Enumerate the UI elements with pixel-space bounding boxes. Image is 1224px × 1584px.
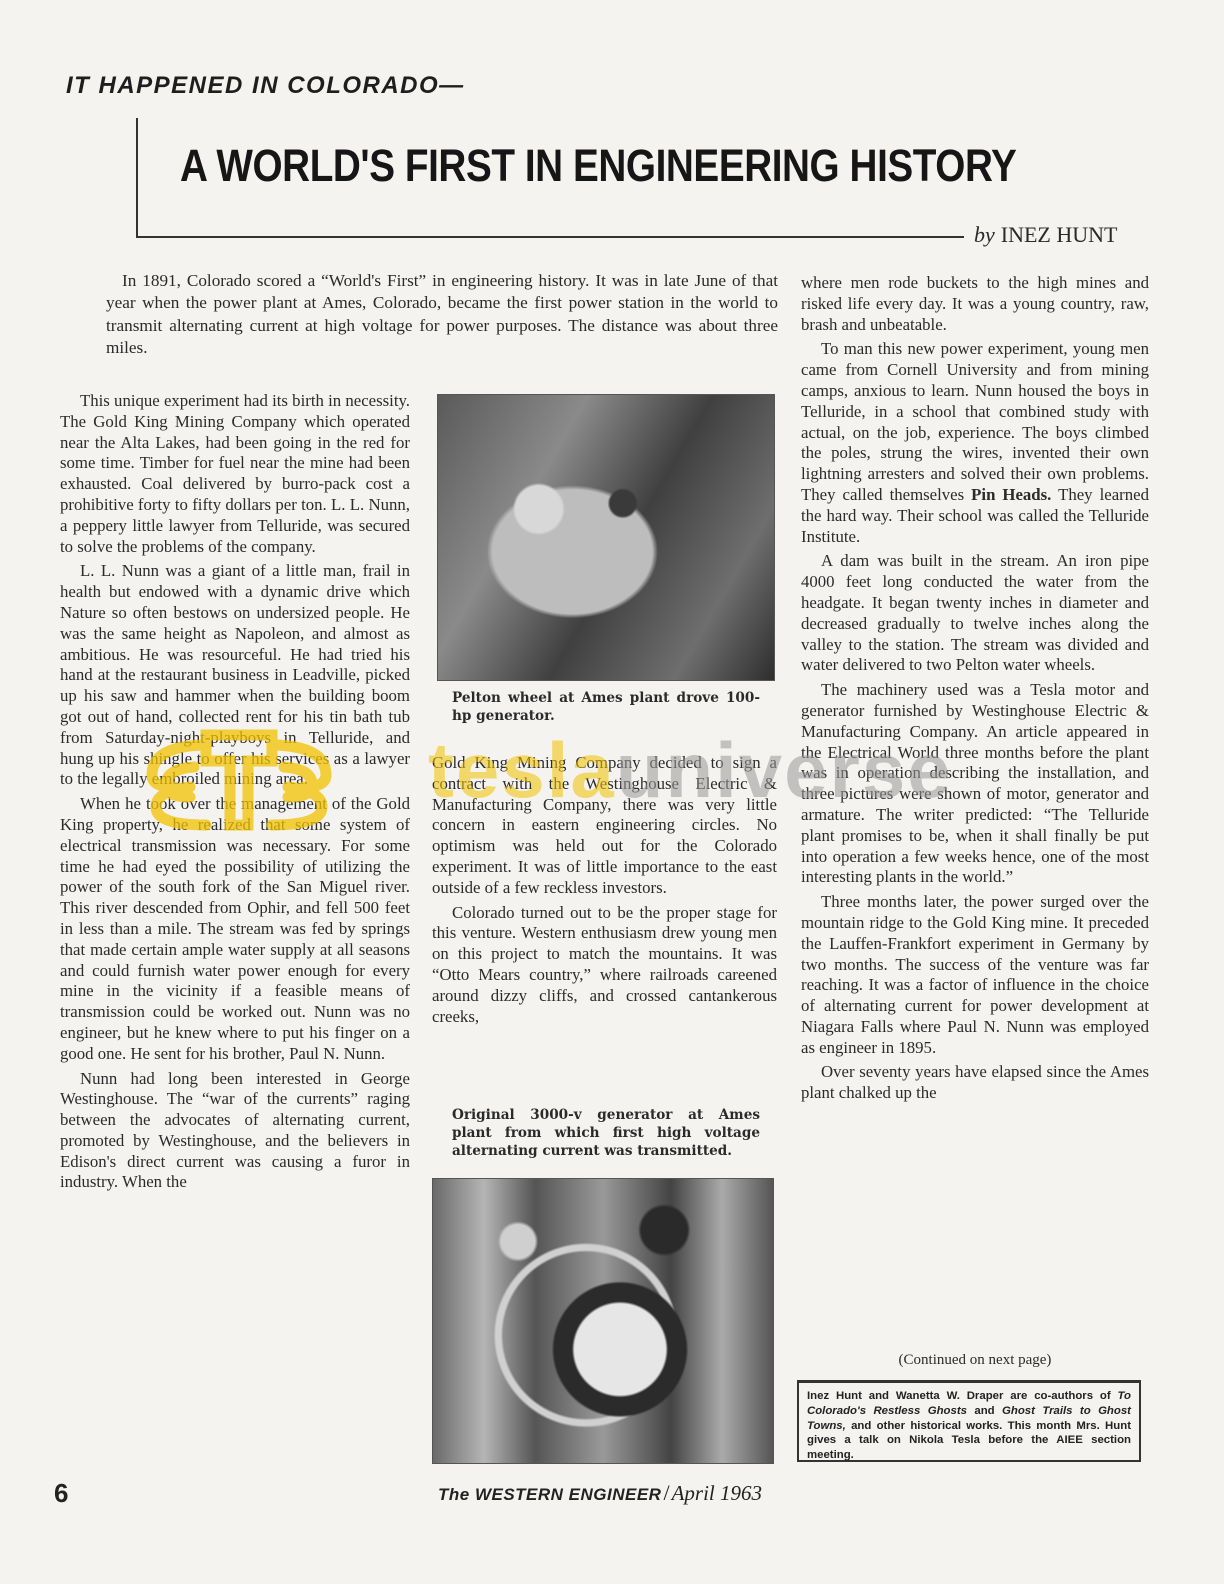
tesla-logo-watermark-icon — [144, 725, 334, 835]
page-number: 6 — [54, 1478, 68, 1509]
pelton-wheel-photo — [437, 394, 775, 681]
publication-name: The WESTERN ENGINEER — [438, 1485, 661, 1504]
paragraph: This unique experiment had its birth in … — [60, 391, 410, 557]
lead-paragraph: In 1891, Colorado scored a “World's Firs… — [106, 270, 778, 359]
section-kicker: IT HAPPENED IN COLORADO— — [66, 72, 465, 100]
byline: byINEZ HUNT — [974, 222, 1117, 248]
paragraph: Over seventy years have elapsed since th… — [801, 1062, 1149, 1104]
continued-note: (Continued on next page) — [801, 1352, 1149, 1369]
paragraph: where men rode buckets to the high mines… — [801, 273, 1149, 335]
photo-caption: Pelton wheel at Ames plant drove 100-hp … — [452, 689, 760, 725]
paragraph: Colorado turned out to be the proper sta… — [432, 903, 777, 1028]
author-name: INEZ HUNT — [1001, 222, 1118, 247]
watermark-text: teslauniverse — [428, 730, 953, 810]
issue-date: April 1963 — [672, 1481, 762, 1505]
footer-masthead: The WESTERN ENGINEER/April 1963 — [438, 1480, 762, 1506]
column-3: where men rode buckets to the high mines… — [801, 273, 1149, 1108]
paragraph: To man this new power experiment, young … — [801, 339, 1149, 547]
magazine-page: IT HAPPENED IN COLORADO— A WORLD'S FIRST… — [0, 0, 1224, 1584]
byline-prefix: by — [974, 222, 995, 247]
author-bio-box: Inez Hunt and Wanetta W. Draper are co-a… — [797, 1380, 1141, 1462]
article-headline: A WORLD'S FIRST IN ENGINEERING HISTORY — [180, 140, 1016, 192]
paragraph: Nunn had long been interested in George … — [60, 1069, 410, 1194]
photo-caption: Original 3000-v generator at Ames plant … — [452, 1106, 760, 1160]
paragraph: Three months later, the power surged ove… — [801, 892, 1149, 1058]
generator-photo — [432, 1178, 774, 1464]
pin-heads-bold: Pin Heads. — [971, 485, 1051, 504]
paragraph: A dam was built in the stream. An iron p… — [801, 551, 1149, 676]
